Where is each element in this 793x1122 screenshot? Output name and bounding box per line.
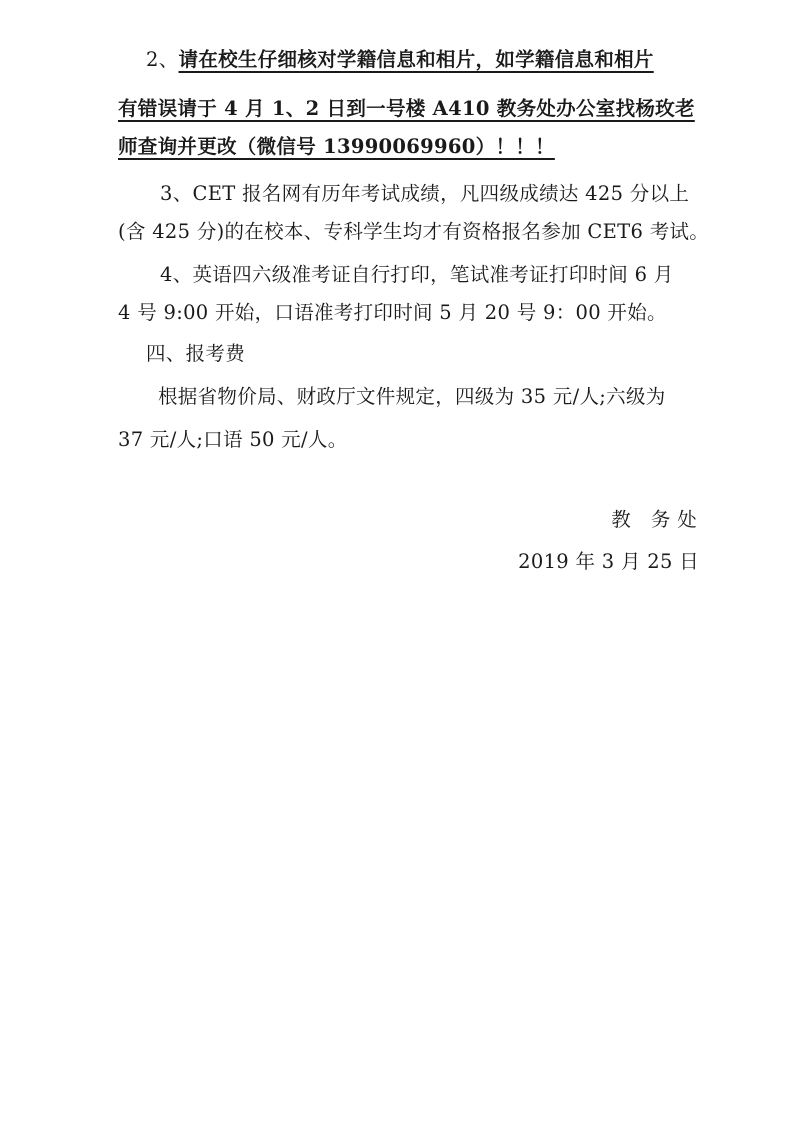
signature-date: 2019 年 3 月 25 日 (0, 546, 699, 574)
fee-line-1: 根据省物价局、财政厅文件规定，四级为 35 元/人;六级为 (158, 381, 666, 409)
item-2-emphasis-1: 请在校生仔细核对学籍信息和相片，如学籍信息和相片 (179, 48, 654, 71)
item-3-line-1: 3、CET 报名网有历年考试成绩，凡四级成绩达 425 分以上 (160, 178, 689, 206)
item-2-line-1: 2、请在校生仔细核对学籍信息和相片，如学籍信息和相片 (146, 44, 654, 72)
item-2-line-2: 有错误请于 4 月 1、2 日到一号楼 A410 教务处办公室找杨玫老 (118, 93, 695, 121)
document-page: 2、请在校生仔细核对学籍信息和相片，如学籍信息和相片 有错误请于 4 月 1、2… (0, 0, 793, 1122)
item-2-line-3: 师查询并更改（微信号 13990069960）！！！ (118, 131, 555, 159)
item-2-emphasis-2: 有错误请于 4 月 1、2 日到一号楼 A410 教务处办公室找杨玫老 (118, 97, 695, 120)
section-4-heading: 四、报考费 (146, 338, 245, 366)
item-2-prefix: 2、 (146, 48, 179, 71)
item-2-emphasis-3: 师查询并更改（微信号 13990069960）！！！ (118, 135, 555, 158)
fee-line-2: 37 元/人;口语 50 元/人。 (118, 424, 348, 452)
signature-office: 教 务 处 (0, 504, 697, 532)
item-4-line-2: 4 号 9:00 开始，口语准考打印时间 5 月 20 号 9：00 开始。 (118, 297, 667, 325)
item-3-line-2: (含 425 分)的在校本、专科学生均才有资格报名参加 CET6 考试。 (118, 216, 709, 244)
item-4-line-1: 4、英语四六级准考证自行打印，笔试准考证打印时间 6 月 (160, 259, 674, 287)
